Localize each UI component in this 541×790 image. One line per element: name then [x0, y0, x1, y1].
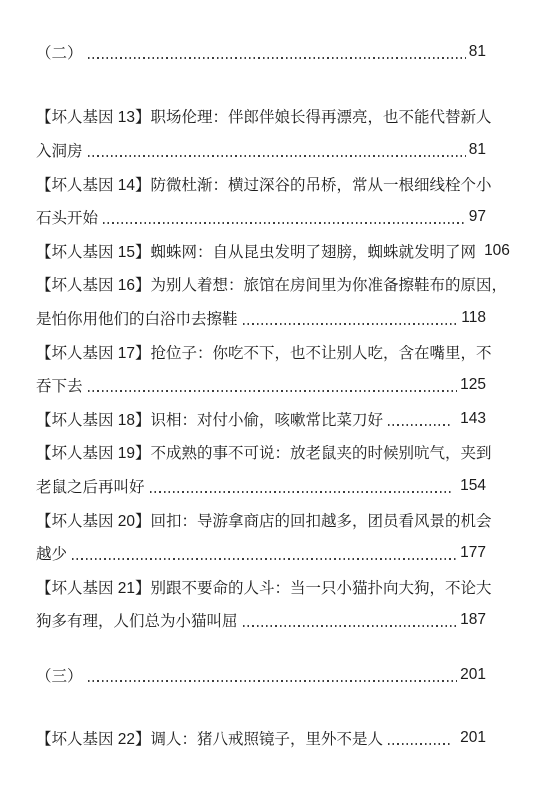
toc-entry-row[interactable]: 入洞房81: [36, 133, 486, 167]
toc-entry-row[interactable]: 【坏人基因 18】识相：对付小偷，咳嗽常比菜刀好143: [36, 402, 486, 436]
entry-text: 【坏人基因 19】不成熟的事不可说：放老鼠夹的时候别吭气，夹到: [36, 441, 492, 463]
page-number: 201: [460, 729, 486, 747]
page-number: 118: [461, 309, 486, 327]
entry-text: 【坏人基因 20】回扣：导游拿商店的回扣越多，团员看风景的机会: [36, 509, 492, 531]
entry-text: 【坏人基因 15】蜘蛛网：自从昆虫发明了翅膀，蜘蛛就发明了网: [36, 240, 476, 262]
entry-text: 【坏人基因 13】职场伦理：伴郎伴娘长得再漂亮，也不能代替新人: [36, 105, 492, 127]
dot-leader: [243, 323, 459, 325]
page-number: 201: [460, 666, 486, 684]
entry-text: 是怕你用他们的白浴巾去擦鞋: [36, 307, 238, 329]
entry-text: 【坏人基因 17】抢位子：你吃不下，也不让别人吃，含在嘴里，不: [36, 341, 492, 363]
toc-entry-row[interactable]: 是怕你用他们的白浴巾去擦鞋118: [36, 301, 486, 335]
page-number: 97: [469, 208, 486, 226]
toc-entry-row[interactable]: 石头开始97: [36, 200, 486, 234]
toc-entry-row[interactable]: 吞下去125: [36, 368, 486, 402]
dot-leader: [103, 222, 466, 224]
dot-leader: [243, 625, 458, 627]
entry-text: 吞下去: [36, 374, 83, 396]
toc-entry-row[interactable]: 【坏人基因 22】调人：猪八戒照镜子，里外不是人201: [36, 722, 486, 756]
toc-entry-line1[interactable]: 【坏人基因 17】抢位子：你吃不下，也不让别人吃，含在嘴里，不: [36, 335, 486, 369]
toc-entry-row[interactable]: 【坏人基因 15】蜘蛛网：自从昆虫发明了翅膀，蜘蛛就发明了网106: [36, 234, 486, 268]
page-number: 154: [460, 477, 486, 495]
dot-leader: [388, 743, 452, 745]
entry-text: 【坏人基因 16】为别人着想：旅馆在房间里为你准备擦鞋布的原因，: [36, 273, 507, 295]
page-number: 143: [460, 410, 486, 428]
toc-entry-line1[interactable]: 【坏人基因 19】不成熟的事不可说：放老鼠夹的时候别吭气，夹到: [36, 436, 486, 470]
toc-entry-row[interactable]: 老鼠之后再叫好154: [36, 469, 486, 503]
toc-entry-line1[interactable]: 【坏人基因 13】职场伦理：伴郎伴娘长得再漂亮，也不能代替新人: [36, 100, 486, 134]
toc-page: （二）81【坏人基因 13】职场伦理：伴郎伴娘长得再漂亮，也不能代替新人入洞房8…: [0, 0, 541, 790]
page-number: 106: [484, 242, 510, 260]
toc-entry-row[interactable]: 越少177: [36, 536, 486, 570]
toc-entry-line1[interactable]: 【坏人基因 20】回扣：导游拿商店的回扣越多，团员看风景的机会: [36, 503, 486, 537]
toc-list: （二）81【坏人基因 13】职场伦理：伴郎伴娘长得再漂亮，也不能代替新人入洞房8…: [36, 35, 486, 755]
page-number: 81: [469, 141, 486, 159]
page-number: 187: [460, 611, 486, 629]
entry-text: 越少: [36, 542, 67, 564]
page-number: 177: [460, 544, 486, 562]
entry-text: 【坏人基因 22】调人：猪八戒照镜子，里外不是人: [36, 727, 383, 749]
entry-text: 【坏人基因 14】防微杜渐：横过深谷的吊桥，常从一根细线栓个小: [36, 173, 492, 195]
entry-text: 老鼠之后再叫好: [36, 475, 145, 497]
toc-section-row[interactable]: （二）81: [36, 35, 486, 69]
page-number: 125: [460, 376, 486, 394]
entry-text: 【坏人基因 18】识相：对付小偷，咳嗽常比菜刀好: [36, 408, 383, 430]
toc-entry-row[interactable]: 狗多有理，人们总为小猫叫屈187: [36, 604, 486, 638]
entry-text: 【坏人基因 21】别跟不要命的人斗：当一只小猫扑向大狗，不论大: [36, 576, 492, 598]
entry-text: 石头开始: [36, 206, 98, 228]
section-label: （二）: [36, 41, 83, 63]
toc-entry-line1[interactable]: 【坏人基因 14】防微杜渐：横过深谷的吊桥，常从一根细线栓个小: [36, 167, 486, 201]
toc-section-row[interactable]: （三）201: [36, 658, 486, 692]
entry-text: 入洞房: [36, 139, 83, 161]
dot-leader: [150, 491, 453, 493]
toc-entry-line1[interactable]: 【坏人基因 16】为别人着想：旅馆在房间里为你准备擦鞋布的原因，: [36, 268, 486, 302]
page-number: 81: [469, 43, 486, 61]
dot-leader: [388, 424, 452, 426]
entry-text: 狗多有理，人们总为小猫叫屈: [36, 609, 238, 631]
toc-entry-line1[interactable]: 【坏人基因 21】别跟不要命的人斗：当一只小猫扑向大狗，不论大: [36, 570, 486, 604]
section-label: （三）: [36, 664, 83, 686]
dot-leader: [88, 57, 466, 59]
dot-leader: [88, 155, 466, 157]
dot-leader: [72, 558, 457, 560]
dot-leader: [88, 680, 458, 682]
dot-leader: [88, 390, 458, 392]
